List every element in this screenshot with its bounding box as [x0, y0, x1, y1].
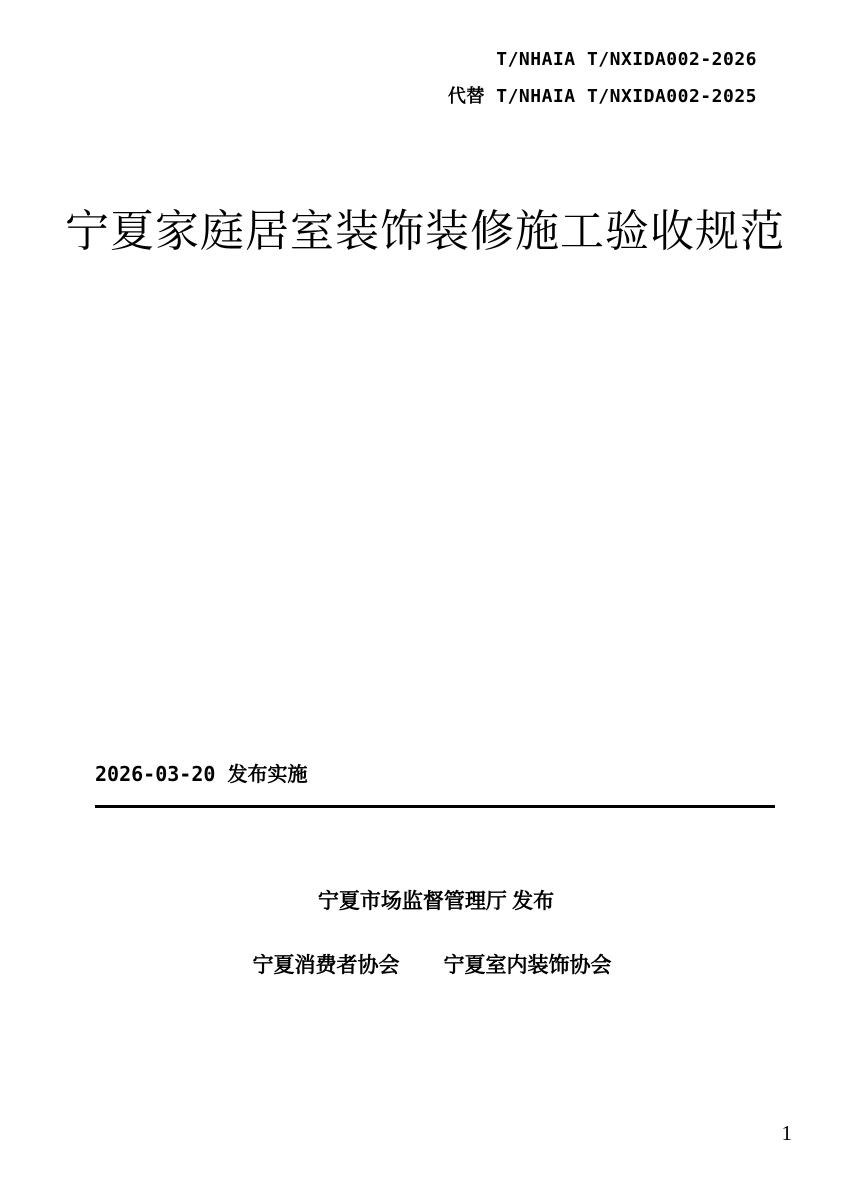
- association-right-label: 宁夏室内装饰协会: [444, 952, 612, 978]
- publisher-main-line: 宁夏市场监督管理厅 发布: [0, 888, 850, 914]
- replaces-notice: 代替 T/NHAIA T/NXIDA002-2025: [448, 87, 757, 107]
- page-number: 1: [782, 1120, 793, 1146]
- association-left-label: 宁夏消费者协会: [253, 952, 400, 978]
- standard-designation-block: T/NHAIA T/NXIDA002-2026 代替 T/NHAIA T/NXI…: [448, 50, 757, 107]
- publisher-association-line: 宁夏消费者协会 宁夏室内装饰协会: [0, 952, 850, 978]
- document-page: T/NHAIA T/NXIDA002-2026 代替 T/NHAIA T/NXI…: [0, 0, 850, 1201]
- document-title: 宁夏家庭居室装饰装修施工验收规范: [0, 203, 850, 261]
- release-date-line: 2026-03-20 发布实施: [95, 761, 307, 787]
- standard-number: T/NHAIA T/NXIDA002-2026: [448, 50, 757, 70]
- release-divider-rule: [95, 805, 775, 808]
